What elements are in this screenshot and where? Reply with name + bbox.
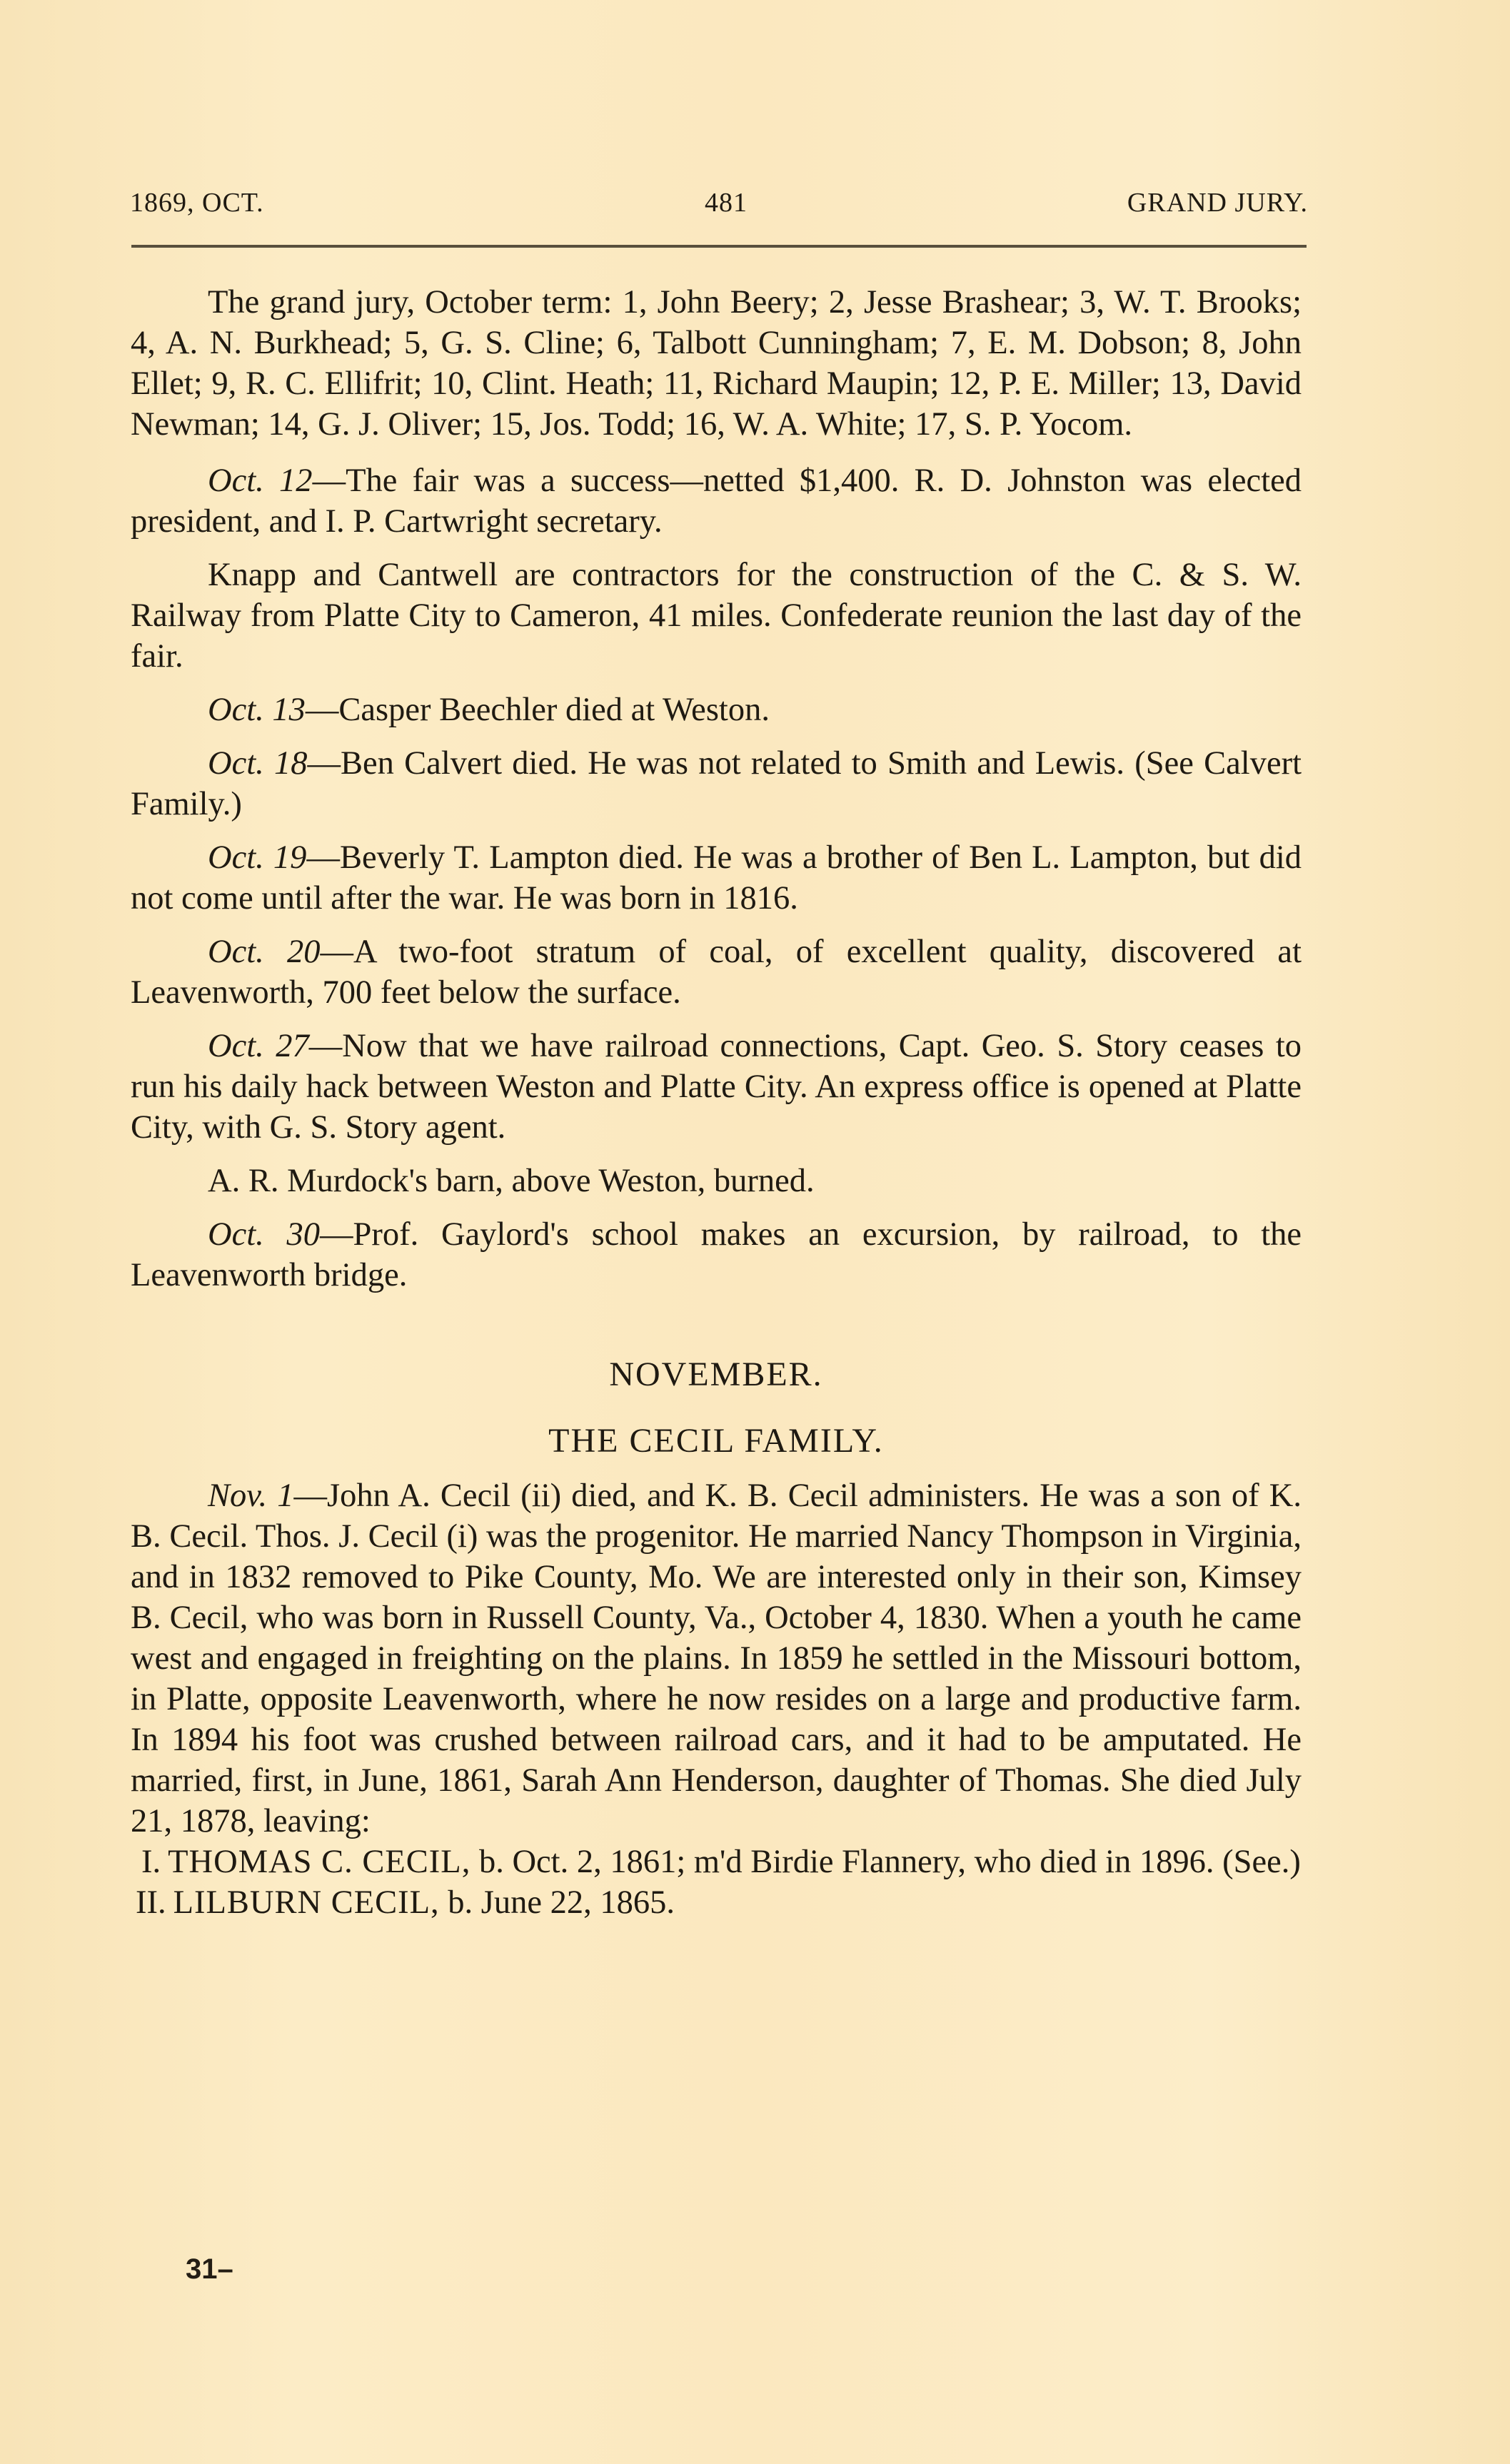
month-heading: NOVEMBER. [131, 1354, 1302, 1395]
child-details: b. Oct. 2, 1861; m'd Birdie Flannery, wh… [479, 1844, 1301, 1880]
entry-date: Oct. 18 [208, 745, 308, 782]
signature-mark: 31– [186, 2253, 233, 2286]
paragraph-oct-19: Oct. 19—Beverly T. Lampton died. He was … [131, 837, 1302, 919]
running-head: 1869, OCT. 481 GRAND JURY. [130, 187, 1308, 230]
paragraph-oct-13: Oct. 13—Casper Beechler died at Weston. [131, 690, 1302, 730]
paragraph-oct-27: Oct. 27—Now that we have railroad connec… [131, 1026, 1302, 1148]
children-list: I.THOMAS C. CECIL, b. Oct. 2, 1861; m'd … [131, 1842, 1302, 1923]
child-numeral: I. [141, 1844, 161, 1880]
running-head-section: GRAND JURY. [1127, 187, 1308, 218]
child-name: LILBURN CECIL, [173, 1884, 440, 1921]
paragraph-cecil-family: Nov. 1—John A. Cecil (ii) died, and K. B… [131, 1475, 1302, 1842]
child-numeral: II. [136, 1884, 166, 1921]
paragraph-oct-18: Oct. 18—Ben Calvert died. He was not rel… [131, 743, 1302, 824]
family-heading: THE CECIL FAMILY. [131, 1420, 1302, 1461]
entry-date: Oct. 19 [208, 839, 306, 876]
entry-date: Oct. 27 [208, 1028, 309, 1064]
child-entry: I.THOMAS C. CECIL, b. Oct. 2, 1861; m'd … [131, 1842, 1302, 1882]
body-text: The grand jury, October term: 1, John Be… [131, 282, 1302, 1923]
paragraph-grand-jury: The grand jury, October term: 1, John Be… [131, 282, 1302, 445]
book-page: 1869, OCT. 481 GRAND JURY. The grand jur… [0, 0, 1510, 2464]
child-entry: II.LILBURN CECIL, b. June 22, 1865. [131, 1882, 1302, 1923]
child-name: THOMAS C. CECIL, [168, 1844, 470, 1880]
paragraph-railway-contractors: Knapp and Cantwell are contractors for t… [131, 555, 1302, 677]
paragraph-murdock-barn: A. R. Murdock's barn, above Weston, burn… [131, 1161, 1302, 1201]
entry-date: Oct. 12 [208, 463, 313, 499]
header-rule [131, 245, 1307, 248]
child-details: b. June 22, 1865. [448, 1884, 675, 1921]
paragraph-oct-20: Oct. 20—A two-foot stratum of coal, of e… [131, 931, 1302, 1013]
entry-date: Oct. 13 [208, 692, 306, 728]
paragraph-oct-30: Oct. 30—Prof. Gaylord's school makes an … [131, 1214, 1302, 1296]
page-number: 481 [705, 187, 748, 218]
running-head-date: 1869, OCT. [130, 187, 264, 218]
entry-date: Oct. 30 [208, 1216, 320, 1253]
paragraph-oct-12: Oct. 12—The fair was a success—netted $1… [131, 460, 1302, 542]
entry-date: Oct. 20 [208, 934, 321, 970]
entry-date: Nov. 1 [208, 1478, 294, 1514]
